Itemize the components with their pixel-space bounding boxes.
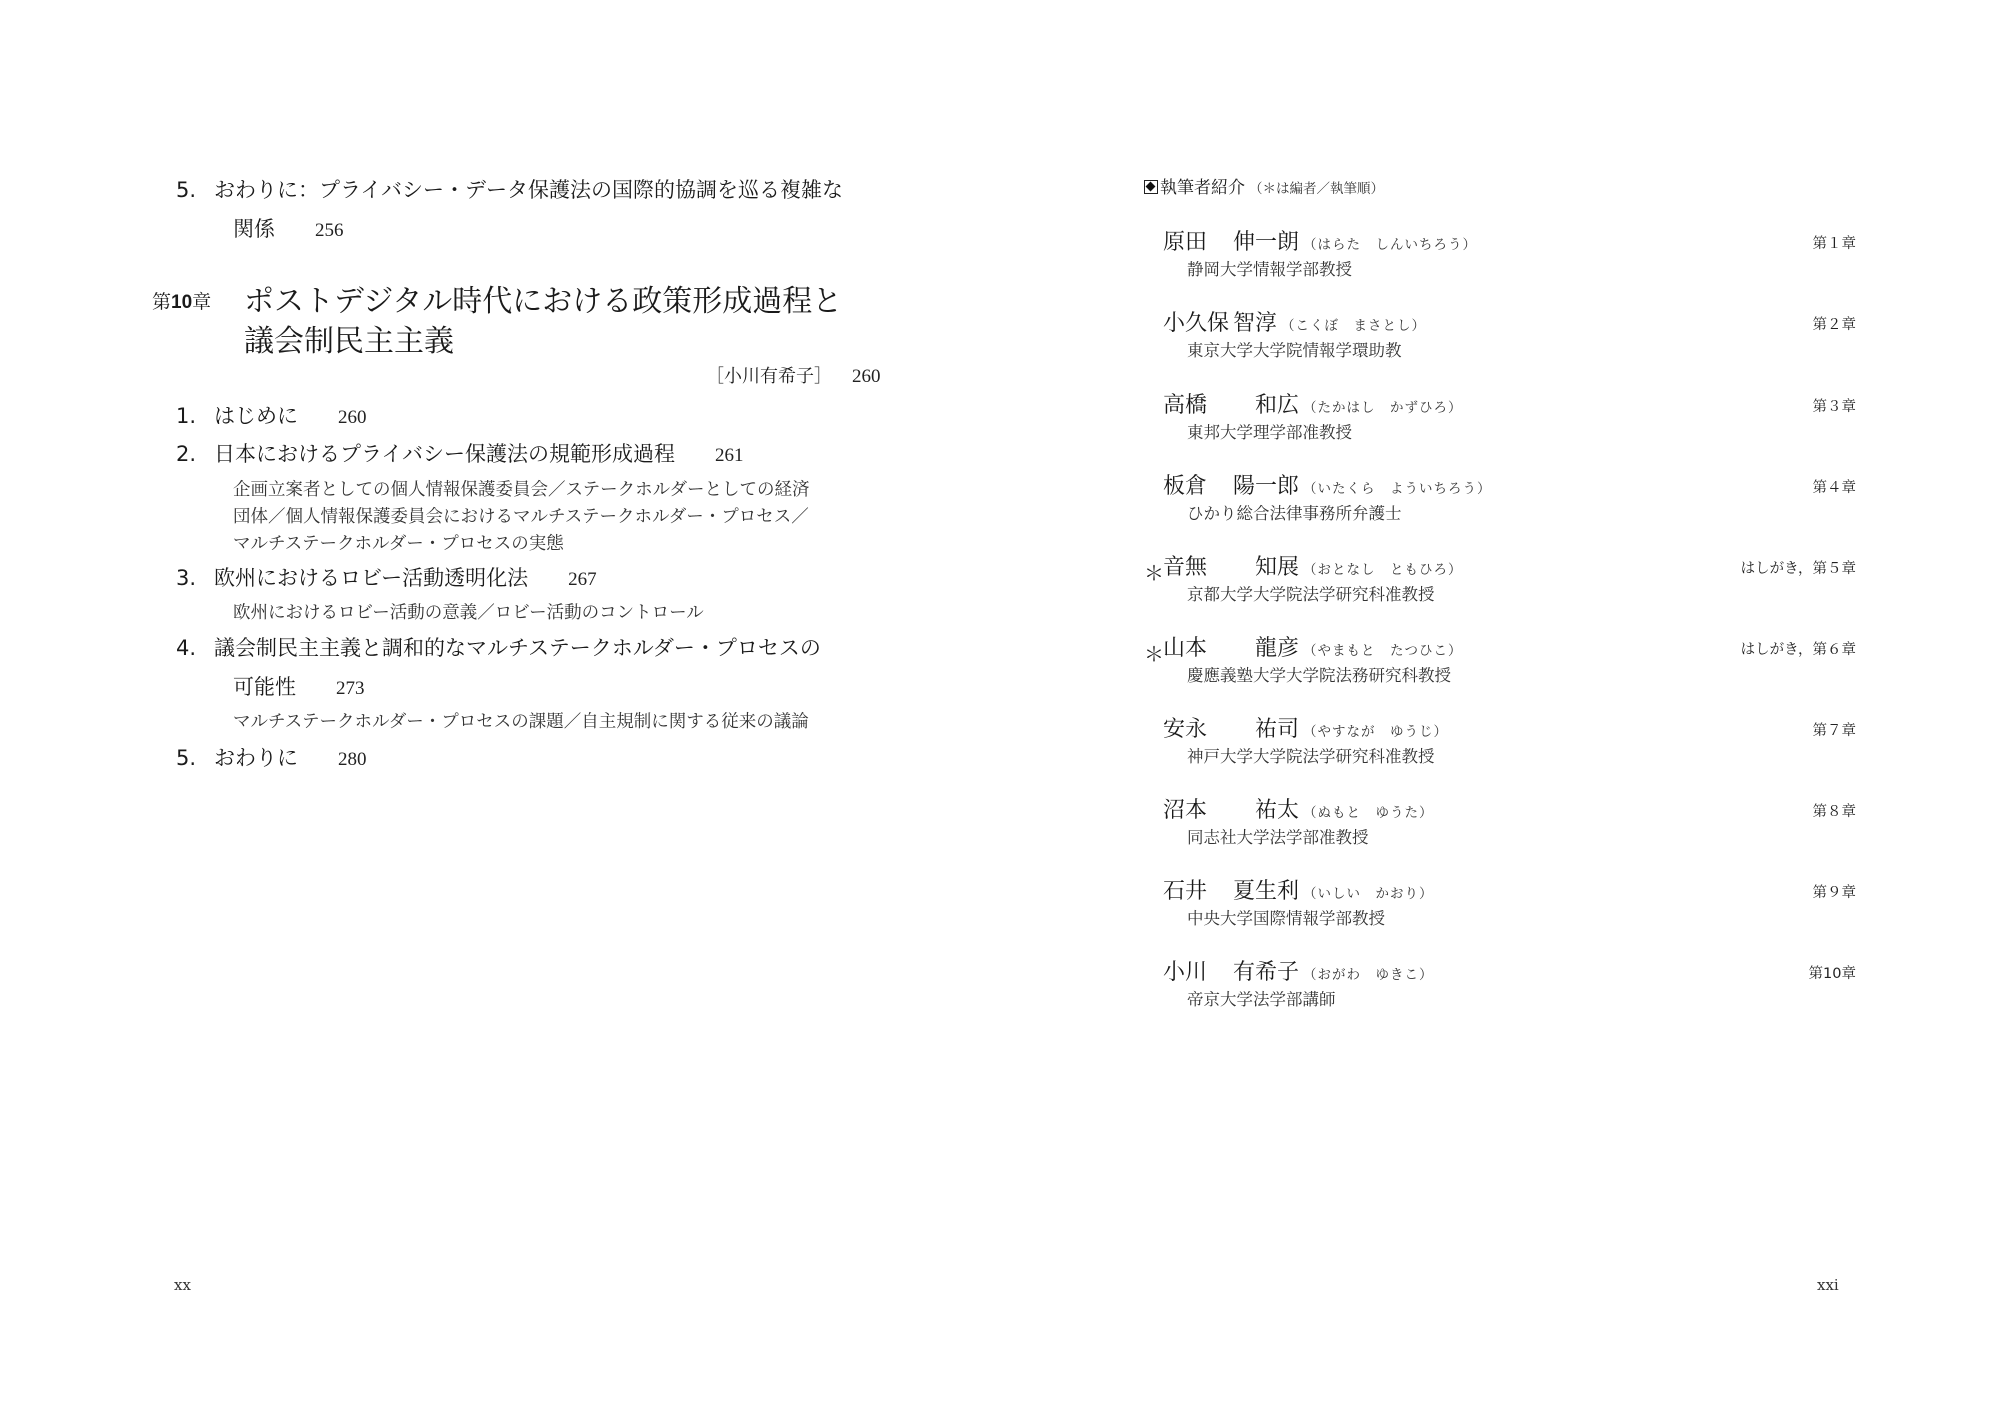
editor-mark: ＊ [1144,638,1164,667]
author-name: 安永祐司（やすなが ゆうじ） [1163,715,1448,747]
author-name: 石井夏生利（いしい かおり） [1163,877,1434,909]
author-chapters: はしがき，第５章 [1741,558,1856,580]
toc-item-title: おわりに：プライバシー・データ保護法の国際的協調を巡る複雑な [214,178,843,202]
author-reading: （ぬもと ゆうた） [1303,805,1434,821]
toc-page-number: 267 [568,569,597,590]
author-affiliation: 帝京大学法学部講師 [1187,988,1336,1012]
author-name: 小川有希子（おがわ ゆきこ） [1163,958,1434,990]
chapter-title-line-1: ポストデジタル時代における政策形成過程と [244,282,842,322]
author-entry: 石井夏生利（いしい かおり） 中央大学国際情報学部教授 第９章 [1144,877,1856,937]
author-given-name: 陽一郎 [1233,472,1299,502]
author-family-name: 小久保 [1163,309,1233,339]
toc-item-prev-5: 5.おわりに：プライバシー・データ保護法の国際的協調を巡る複雑な [176,176,843,204]
author-chapters: 第２章 [1813,314,1857,336]
toc-subsection-line: 企画立案者としての個人情報保護委員会／ステークホルダーとしての経済 [233,477,809,504]
author-affiliation: 神戸大学大学院法学研究科准教授 [1187,745,1435,769]
author-name: 山本龍彦（やまもと たつひこ） [1163,634,1463,666]
author-given-name: 有希子 [1233,958,1299,988]
toc-subsection-line: 団体／個人情報保護委員会におけるマルチステークホルダー・プロセス／ [233,504,809,531]
author-chapters: 第１章 [1813,233,1857,255]
toc-section-1: 1.はじめに260 [176,402,367,432]
toc-section-2: 2.日本におけるプライバシー保護法の規範形成過程261 [176,440,743,470]
author-name: 沼本祐太（ぬもと ゆうた） [1163,796,1434,828]
chapter-title-line-2: 議会制民主主義 [244,322,842,362]
toc-section-number: 3. [176,564,214,592]
chapter-title: ポストデジタル時代における政策形成過程と 議会制民主主義 [244,282,842,362]
right-page: 執筆者紹介（＊は編者／執筆順） 原田伸一朗（はらた しんいちろう） 静岡大学情報… [1000,0,2000,1414]
author-entry: 原田伸一朗（はらた しんいちろう） 静岡大学情報学部教授 第１章 [1144,228,1856,288]
page-folio-right: xxi [1817,1276,1839,1294]
toc-page-number: 260 [338,407,367,428]
author-family-name: 高橋 [1163,391,1255,421]
contributors-note: （＊は編者／執筆順） [1249,181,1384,197]
author-affiliation: 京都大学大学院法学研究科准教授 [1187,583,1435,607]
author-given-name: 龍彦 [1255,634,1299,664]
toc-item-prev-5-continued: 関係256 [233,215,344,245]
author-family-name: 板倉 [1163,472,1233,502]
toc-section-4: 4.議会制民主主義と調和的なマルチステークホルダー・プロセスの [176,634,821,662]
author-given-name: 知展 [1255,553,1299,583]
author-entry: 板倉陽一郎（いたくら よういちろう） ひかり総合法律事務所弁護士 第４章 [1144,472,1856,532]
author-chapters: 第10章 [1809,963,1856,985]
toc-section-number: 1. [176,402,214,430]
editor-mark: ＊ [1144,557,1164,586]
toc-section-3: 3.欧州におけるロビー活動透明化法267 [176,564,597,594]
author-chapters: はしがき，第６章 [1741,639,1856,661]
chapter-page-number: 260 [852,366,881,387]
author-affiliation: ひかり総合法律事務所弁護士 [1187,502,1402,526]
toc-subsection-line: 欧州におけるロビー活動の意義／ロビー活動のコントロール [233,600,704,627]
toc-section-number: 5. [176,744,214,772]
author-entry-editor: ＊ 山本龍彦（やまもと たつひこ） 慶應義塾大学大学院法務研究科教授 はしがき，… [1144,634,1856,694]
author-family-name: 原田 [1163,228,1233,258]
author-given-name: 智淳 [1233,309,1277,339]
author-given-name: 夏生利 [1233,877,1299,907]
author-reading: （いしい かおり） [1303,886,1434,902]
author-chapters: 第４章 [1813,477,1857,499]
chapter-label-prefix: 第 [152,291,171,313]
toc-section-title: 欧州におけるロビー活動透明化法 [214,566,528,590]
toc-section-title: 議会制民主主義と調和的なマルチステークホルダー・プロセスの [214,636,821,660]
toc-section-number: 2. [176,440,214,468]
author-family-name: 石井 [1163,877,1233,907]
author-entry: 小川有希子（おがわ ゆきこ） 帝京大学法学部講師 第10章 [1144,958,1856,1018]
author-affiliation: 東邦大学理学部准教授 [1187,421,1352,445]
author-chapters: 第８章 [1813,801,1857,823]
author-affiliation: 東京大学大学院情報学環助教 [1187,339,1402,363]
author-entry: 安永祐司（やすなが ゆうじ） 神戸大学大学院法学研究科准教授 第７章 [1144,715,1856,775]
author-name: 小久保智淳（こくぼ まさとし） [1163,309,1426,341]
chapter-author: ［小川有希子］260 [706,364,881,390]
page-folio-left: xx [174,1276,191,1294]
toc-page-number: 280 [338,749,367,770]
toc-section-title: はじめに [214,404,298,428]
author-reading: （やまもと たつひこ） [1303,643,1463,659]
author-given-name: 祐太 [1255,796,1299,826]
author-name: 音無知展（おとなし ともひろ） [1163,553,1463,585]
author-given-name: 伸一朗 [1233,228,1299,258]
author-affiliation: 中央大学国際情報学部教授 [1187,907,1385,931]
author-reading: （やすなが ゆうじ） [1303,724,1448,740]
toc-page-number: 256 [315,220,344,241]
toc-page-number: 273 [336,678,365,699]
author-given-name: 和広 [1255,391,1299,421]
toc-section-5: 5.おわりに280 [176,744,367,774]
author-entry: 高橋和広（たかはし かずひろ） 東邦大学理学部准教授 第３章 [1144,391,1856,451]
toc-section-number: 4. [176,634,214,662]
toc-subsection-line: マルチステークホルダー・プロセスの課題／自主規制に関する従来の議論 [233,709,809,736]
toc-page-number: 261 [715,445,744,466]
chapter-label-suffix: 章 [192,291,211,313]
author-chapters: 第３章 [1813,396,1857,418]
author-reading: （おとなし ともひろ） [1303,562,1463,578]
chapter-label: 第10章 [152,288,211,317]
author-name: 高橋和広（たかはし かずひろ） [1163,391,1463,423]
toc-subsection-line: マルチステークホルダー・プロセスの実態 [233,531,564,558]
chapter-author-name: ［小川有希子］ [706,366,832,387]
author-reading: （おがわ ゆきこ） [1303,967,1434,983]
toc-item-title-cont: 関係 [233,217,275,241]
toc-section-title: 日本におけるプライバシー保護法の規範形成過程 [214,442,675,466]
toc-section-4-continued: 可能性273 [233,673,365,703]
author-entry: 小久保智淳（こくぼ まさとし） 東京大学大学院情報学環助教 第２章 [1144,309,1856,369]
author-entry: 沼本祐太（ぬもと ゆうた） 同志社大学法学部准教授 第８章 [1144,796,1856,856]
author-affiliation: 慶應義塾大学大学院法務研究科教授 [1187,664,1451,688]
author-name: 板倉陽一郎（いたくら よういちろう） [1163,472,1492,504]
toc-section-title-cont: 可能性 [233,675,296,699]
author-given-name: 祐司 [1255,715,1299,745]
author-affiliation: 同志社大学法学部准教授 [1187,826,1369,850]
toc-section-title: おわりに [214,746,298,770]
contributors-header: 執筆者紹介（＊は編者／執筆順） [1144,176,1384,201]
author-family-name: 安永 [1163,715,1255,745]
chapter-number: 10 [171,292,192,313]
author-chapters: 第９章 [1813,882,1857,904]
author-reading: （たかはし かずひろ） [1303,400,1463,416]
author-family-name: 小川 [1163,958,1233,988]
author-family-name: 山本 [1163,634,1255,664]
author-family-name: 音無 [1163,553,1255,583]
left-page: 5.おわりに：プライバシー・データ保護法の国際的協調を巡る複雑な 関係256 第… [0,0,1000,1414]
contributors-title: 執筆者紹介 [1160,178,1245,198]
author-reading: （こくぼ まさとし） [1281,318,1426,334]
author-name: 原田伸一朗（はらた しんいちろう） [1163,228,1477,260]
author-reading: （はらた しんいちろう） [1303,237,1477,253]
toc-item-number: 5. [176,176,214,204]
author-affiliation: 静岡大学情報学部教授 [1187,258,1352,282]
boxed-diamond-icon [1144,180,1158,194]
author-reading: （いたくら よういちろう） [1303,481,1492,497]
author-entry-editor: ＊ 音無知展（おとなし ともひろ） 京都大学大学院法学研究科准教授 はしがき，第… [1144,553,1856,613]
author-chapters: 第７章 [1813,720,1857,742]
author-family-name: 沼本 [1163,796,1255,826]
